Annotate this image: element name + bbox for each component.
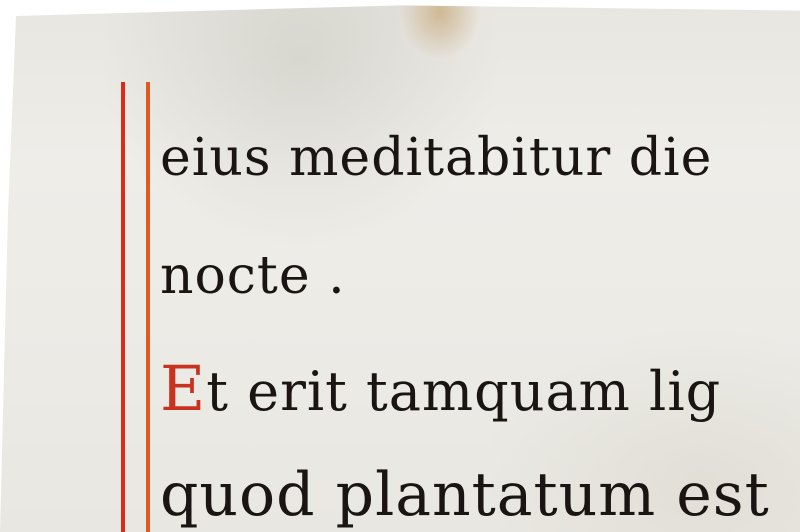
text-line-3-body: t erit tamquam lig [206,360,721,423]
text-line-2: nocte . [160,246,346,306]
red-initial: E [160,352,206,425]
red-ruling-line [121,82,125,532]
text-line-4: quod plantatum est [160,460,770,530]
text-line-3: Et erit tamquam lig [160,352,721,425]
orange-ruling-line [146,82,150,532]
manuscript-page: eius meditabitur die nocte . Et erit tam… [0,0,800,532]
text-line-1: eius meditabitur die [160,128,712,188]
